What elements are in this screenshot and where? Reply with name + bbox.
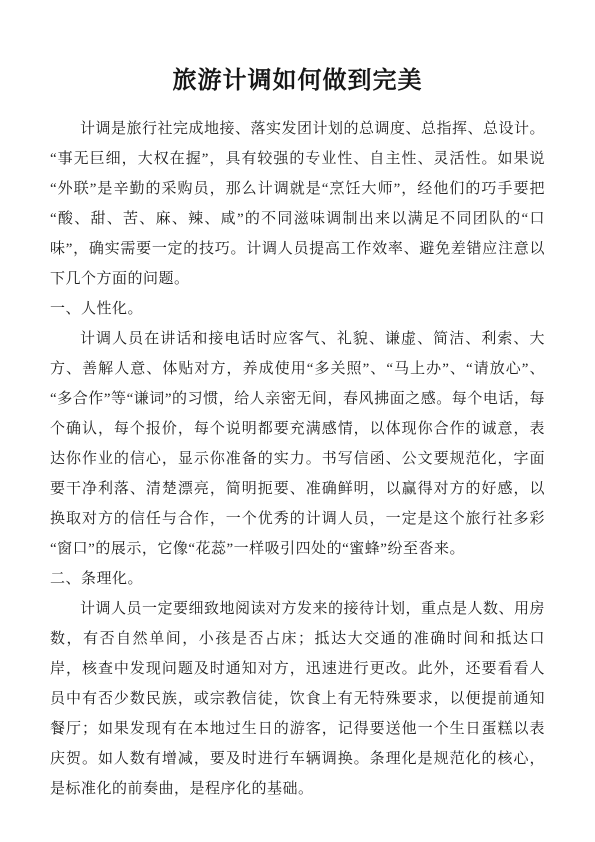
section-heading-1: 一、人性化。 (50, 294, 545, 324)
paragraph-section-2: 计调人员一定要细致地阅读对方发来的接待计划，重点是人数、用房数，有否自然单间，小… (50, 594, 545, 804)
page-title: 旅游计调如何做到完美 (50, 64, 545, 98)
document-page: 旅游计调如何做到完美 计调是旅行社完成地接、落实发团计划的总调度、总指挥、总设计… (0, 0, 595, 842)
paragraph-section-1: 计调人员在讲话和接电话时应客气、礼貌、谦虚、简洁、利索、大方、善解人意、体贴对方… (50, 324, 545, 564)
paragraph-intro: 计调是旅行社完成地接、落实发团计划的总调度、总指挥、总设计。“事无巨细，大权在握… (50, 114, 545, 294)
section-heading-2: 二、条理化。 (50, 564, 545, 594)
